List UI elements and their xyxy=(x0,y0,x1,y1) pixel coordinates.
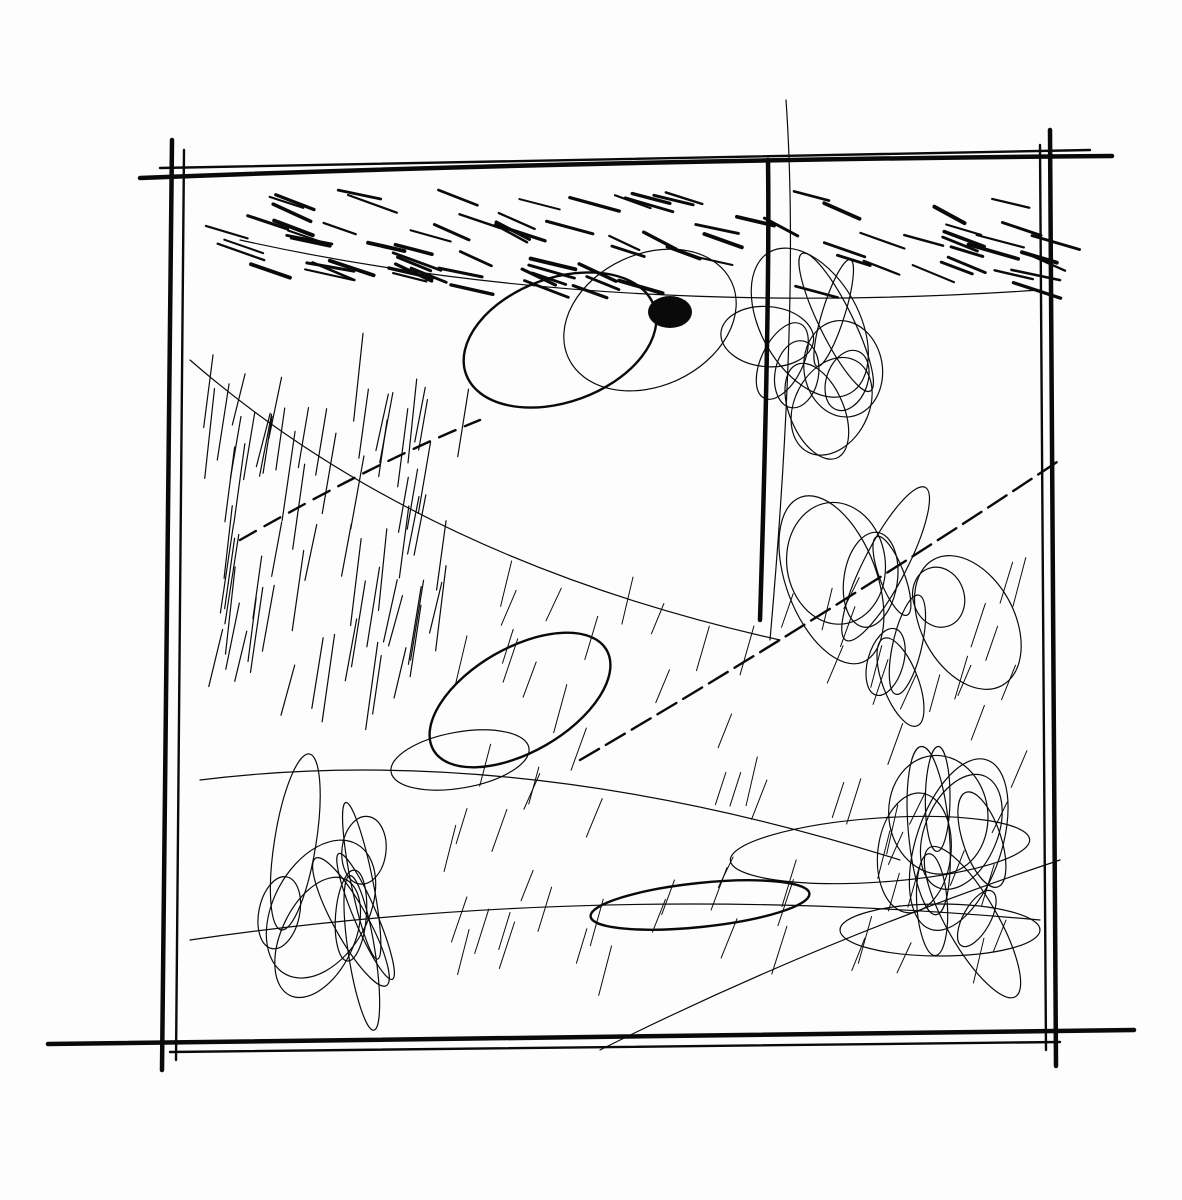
ink-sketch xyxy=(0,0,1182,1200)
sketch-canvas xyxy=(0,0,1182,1200)
top-hatching xyxy=(206,190,1080,298)
top-leaf xyxy=(445,222,760,432)
left-hatching xyxy=(204,333,469,729)
middle-leaf xyxy=(386,605,632,800)
striped-leaf xyxy=(588,808,1040,956)
